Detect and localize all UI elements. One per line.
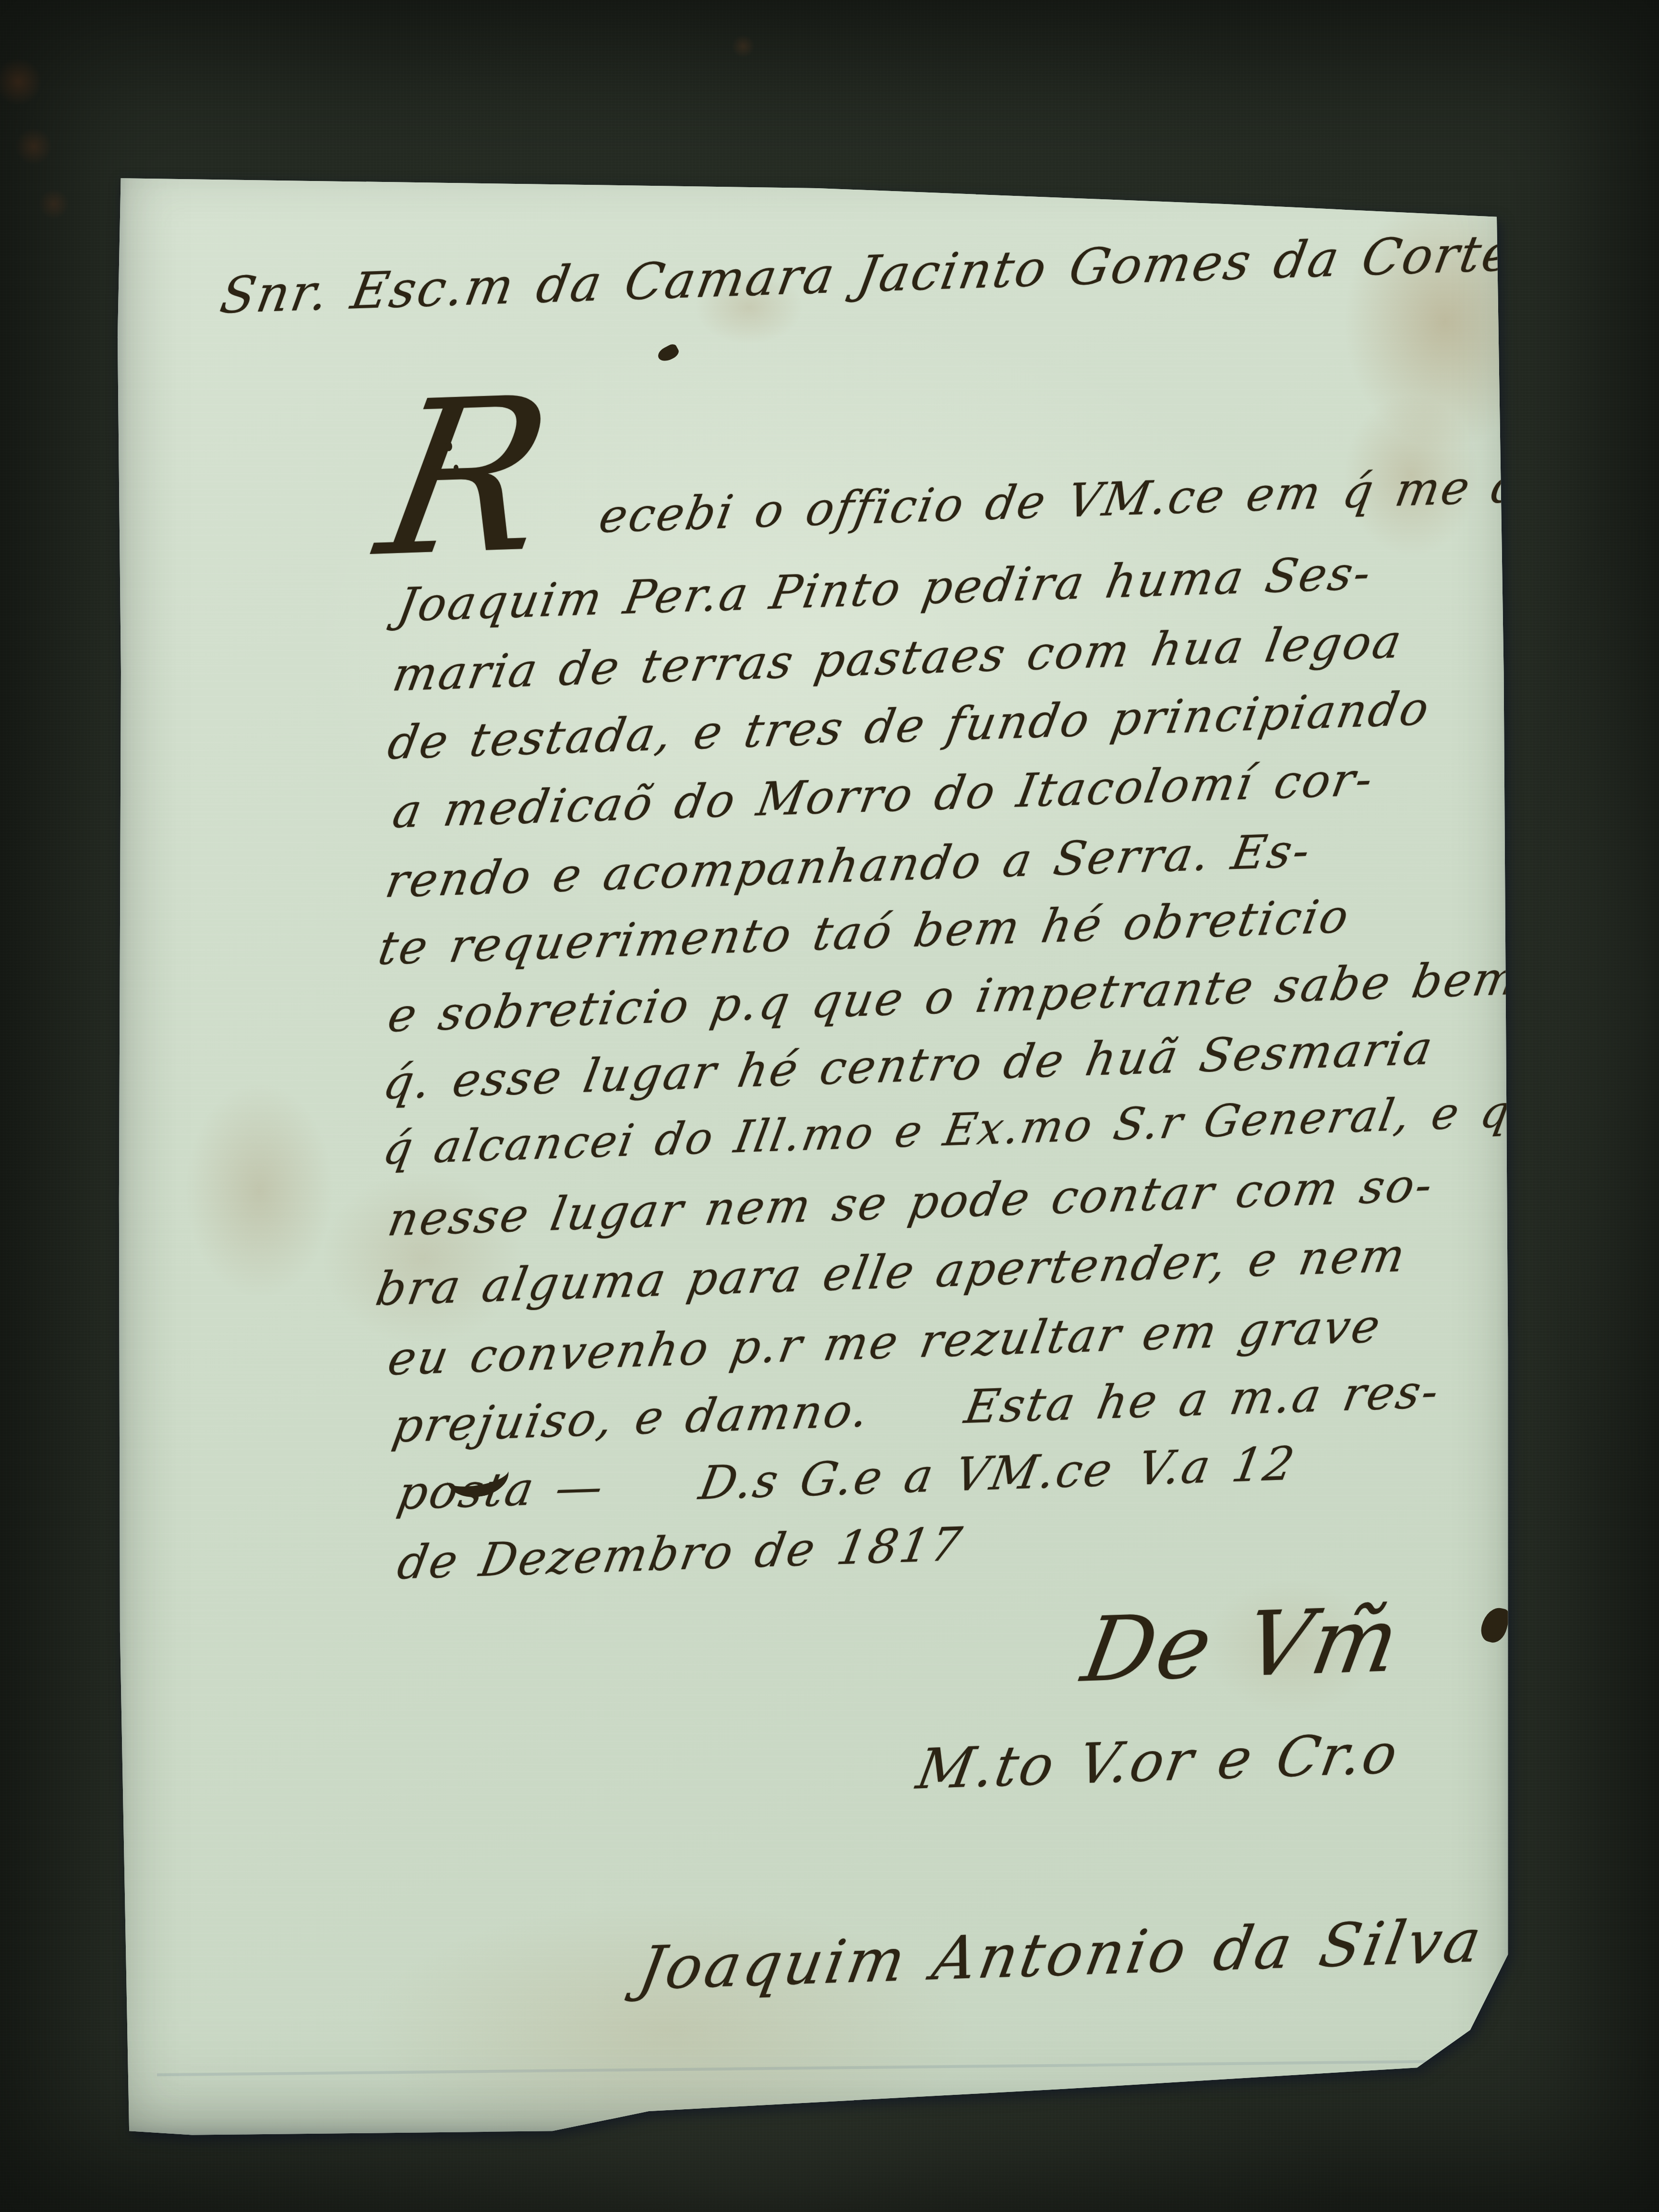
addressee-line: Snr. Esc.m da Camara Jacinto Gomes da Co… [216, 223, 1519, 325]
body-line: ecebi o officio de VM.ce em q́ me dis q́… [595, 455, 1640, 543]
body-line-date-place: posta — D.s G.e a VM.ce V.a 12 [394, 1436, 1300, 1520]
drop-cap-initial: R [369, 377, 563, 578]
ink-blot [1479, 1605, 1511, 1645]
ink-speck [445, 442, 452, 451]
signature: Joaquim Antonio da Silva [634, 1906, 1489, 2004]
valediction-line: De Vm̃ [1075, 1587, 1408, 1702]
paper-shadow-wrap: Snr. Esc.m da Camara Jacinto Gomes da Co… [0, 0, 1659, 2212]
body-line: a medicaõ do Morro do Itacolomí cor- [389, 752, 1379, 839]
valediction-line: M.to V.or e Cr.o [912, 1721, 1404, 1802]
fold-crease [157, 2060, 1470, 2077]
body-line-date: de Dezembro de 1817 [394, 1517, 967, 1590]
ink-blot [656, 342, 681, 364]
manuscript-page: Snr. Esc.m da Camara Jacinto Gomes da Co… [115, 158, 1512, 2141]
ink-speck [454, 465, 458, 471]
photo-backdrop: Snr. Esc.m da Camara Jacinto Gomes da Co… [0, 0, 1659, 2212]
body-line: Joaquim Per.a Pinto pedira huma Ses- [394, 546, 1377, 632]
